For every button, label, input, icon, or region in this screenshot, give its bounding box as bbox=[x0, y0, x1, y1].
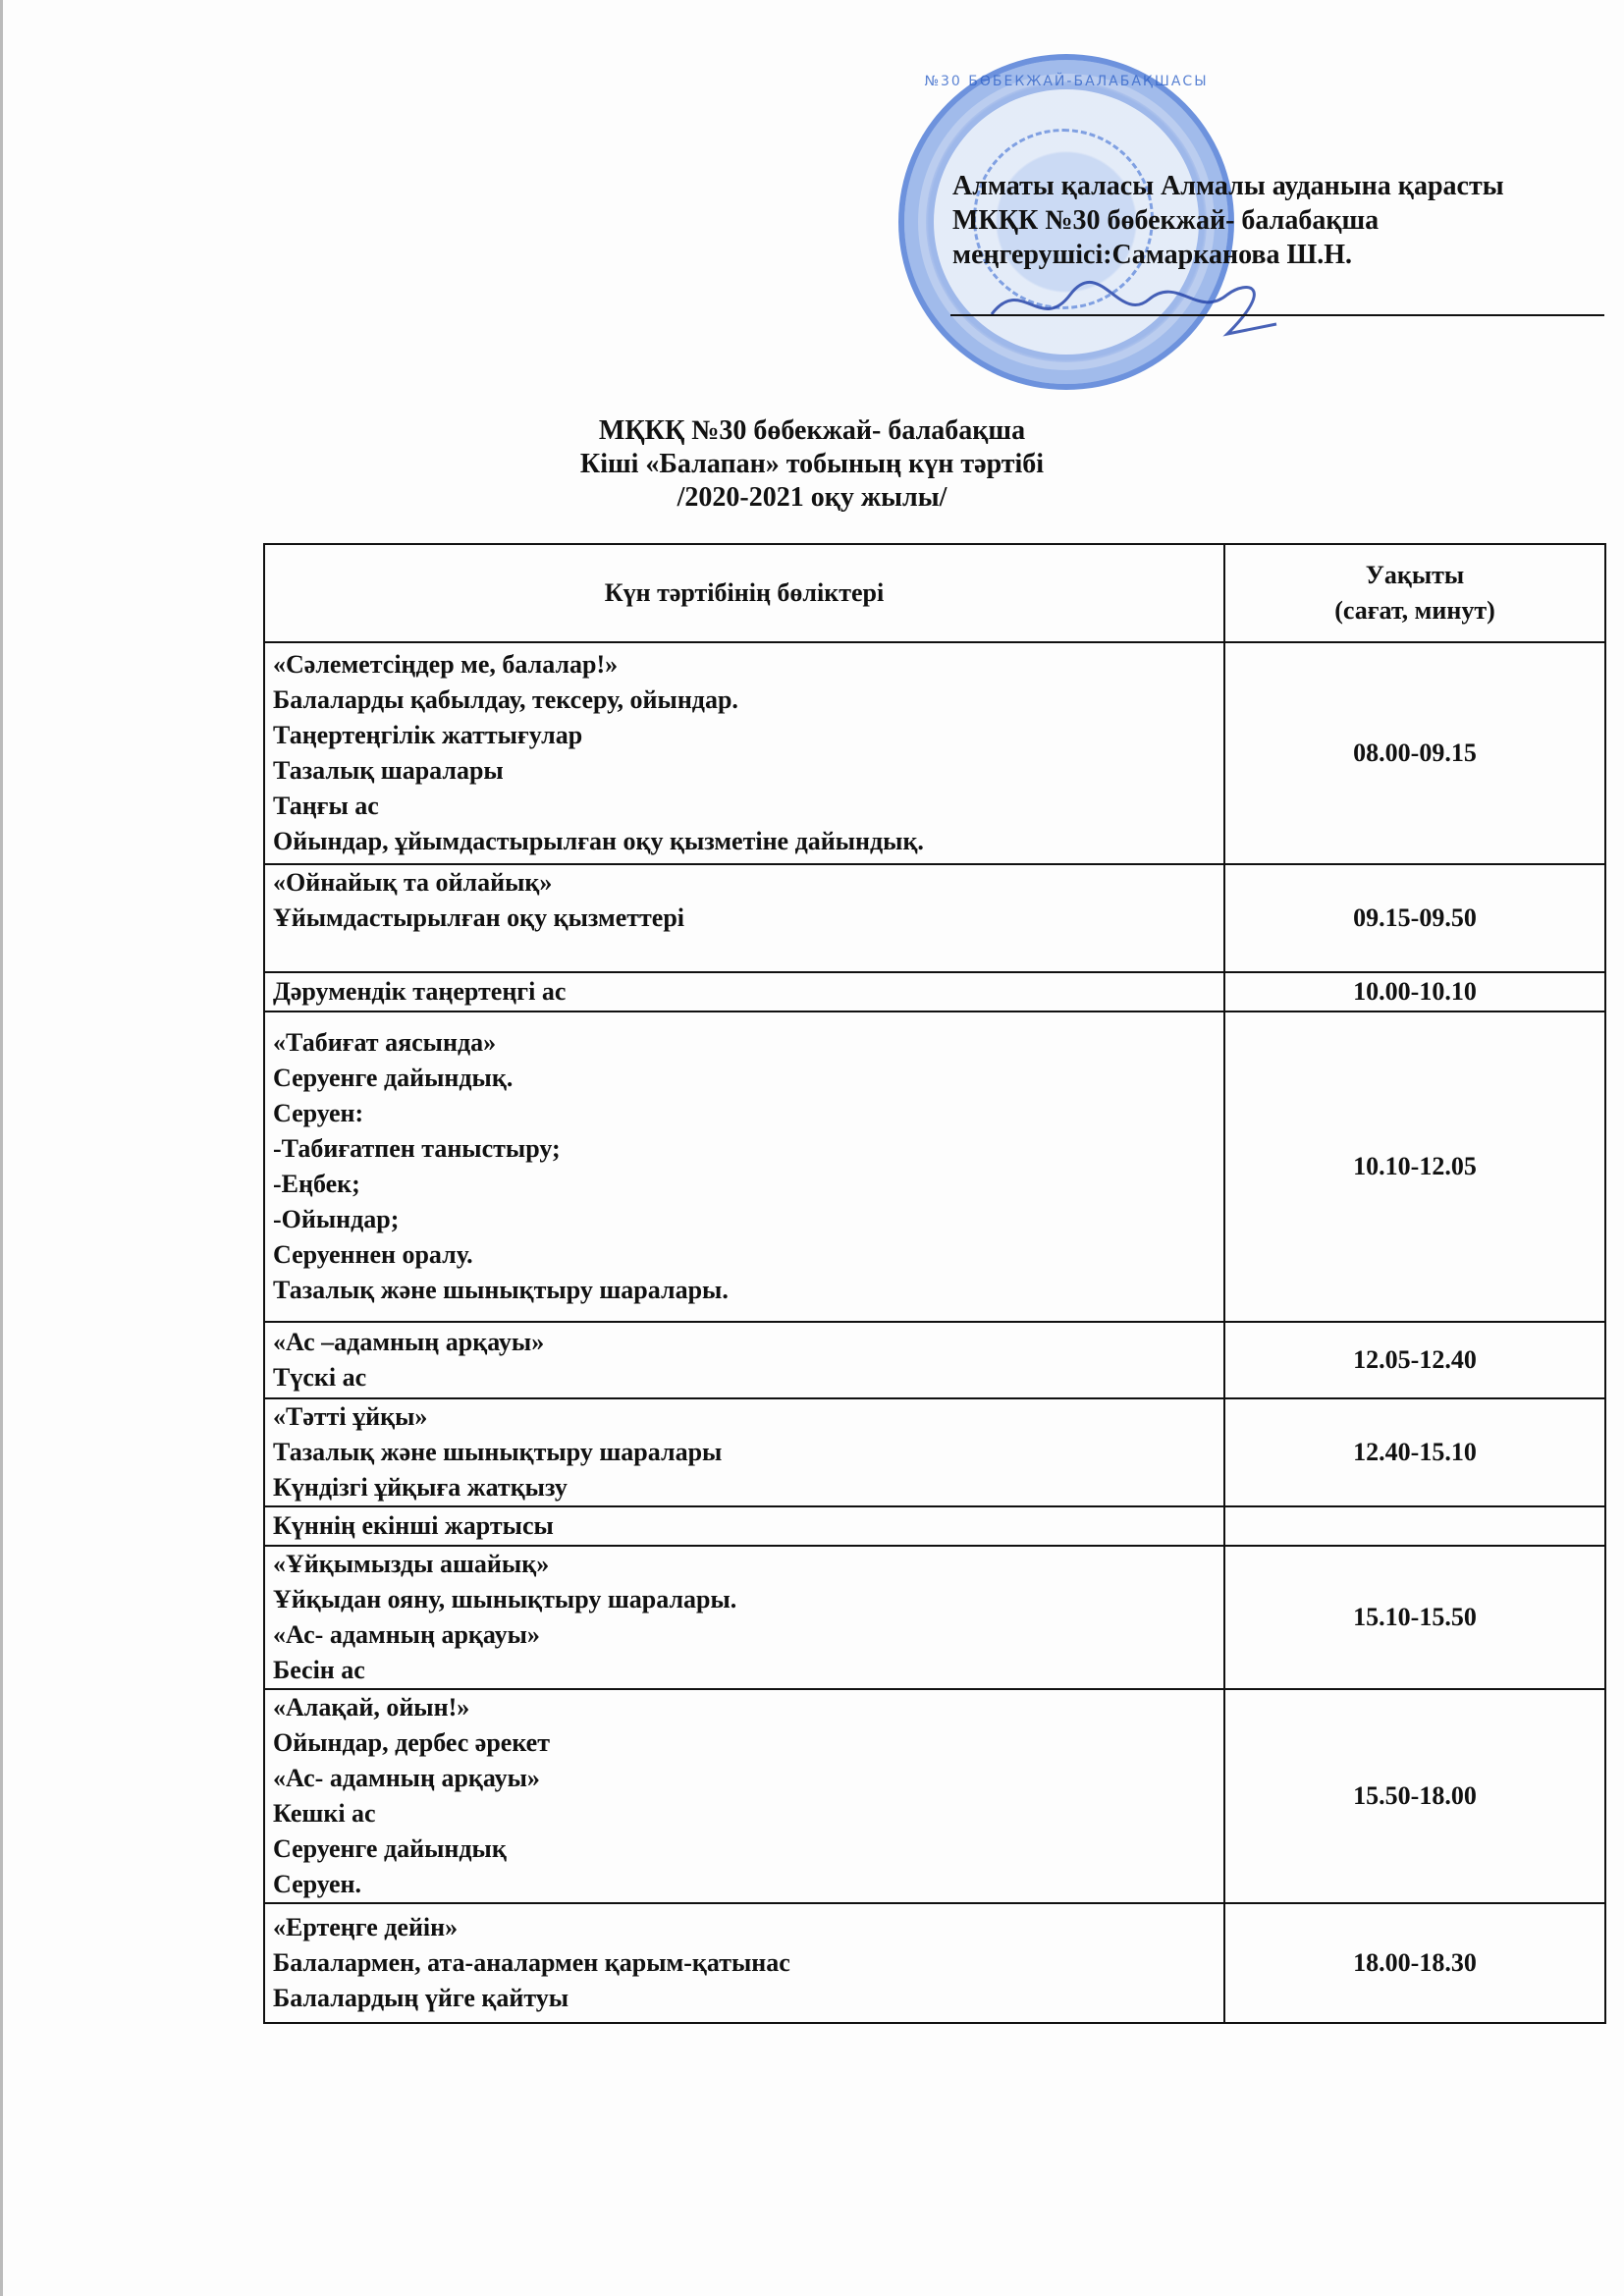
activity-line: Тазалық шаралары bbox=[273, 753, 1216, 789]
activity-line: Кешкі ас bbox=[273, 1796, 1216, 1831]
time-cell: 12.05-12.40 bbox=[1224, 1322, 1605, 1398]
time-cell: 09.15-09.50 bbox=[1224, 864, 1605, 972]
stamp-text: №30 БӨБЕКЖАЙ-БАЛАБАҚШАСЫ bbox=[904, 74, 1228, 89]
activity-line: Дәрумендік таңертеңгі ас bbox=[273, 974, 1216, 1010]
table-row: «Тәтті ұйқы»Тазалық және шынықтыру шарал… bbox=[264, 1398, 1605, 1506]
activity-line: Балалармен, ата-аналармен қарым-қатынас bbox=[273, 1945, 1216, 1981]
activity-line: Ұйымдастырылған оқу қызметтері bbox=[273, 901, 1216, 936]
activity-cell: «Ұйқымызды ашайық»Ұйқыдан ояну, шынықтыр… bbox=[264, 1546, 1224, 1689]
activity-line: «Ұйқымызды ашайық» bbox=[273, 1547, 1216, 1582]
table-header-row: Күн тәртібінің бөліктері Уақыты (сағат, … bbox=[264, 544, 1605, 642]
table-row: «Ертеңге дейін»Балалармен, ата-аналармен… bbox=[264, 1903, 1605, 2023]
time-cell: 12.40-15.10 bbox=[1224, 1398, 1605, 1506]
activity-line: Балалардың үйге қайтуы bbox=[273, 1981, 1216, 2016]
activity-line: Серуеннен оралу. bbox=[273, 1237, 1216, 1273]
activity-line: «Ас –адамның арқауы» bbox=[273, 1325, 1216, 1360]
signature-line bbox=[950, 314, 1604, 316]
activity-line: Серуен: bbox=[273, 1096, 1216, 1131]
table-row: Дәрумендік таңертеңгі ас10.00-10.10 bbox=[264, 972, 1605, 1011]
time-cell: 10.10-12.05 bbox=[1224, 1011, 1605, 1322]
header-time: Уақыты (сағат, минут) bbox=[1224, 544, 1605, 642]
activity-line: Тазалық және шынықтыру шаралары bbox=[273, 1435, 1216, 1470]
activity-line: Ойындар, ұйымдастырылған оқу қызметіне д… bbox=[273, 824, 1216, 859]
header-time-line1: Уақыты bbox=[1233, 558, 1597, 593]
time-cell bbox=[1224, 1506, 1605, 1546]
activity-line: Ойындар, дербес әрекет bbox=[273, 1725, 1216, 1761]
table-row: «Алақай, ойын!»Ойындар, дербес әрекет«Ас… bbox=[264, 1689, 1605, 1903]
activity-line: «Ас- адамның арқауы» bbox=[273, 1761, 1216, 1796]
time-cell: 15.50-18.00 bbox=[1224, 1689, 1605, 1903]
approval-line: МКҚК №30 бөбекжай- балабақша bbox=[952, 203, 1504, 238]
approval-line: Алматы қаласы Алмалы ауданына қарасты bbox=[952, 169, 1504, 203]
title-line-1: МҚКҚ №30 бөбекжай- балабақша bbox=[0, 414, 1624, 448]
header-parts: Күн тәртібінің бөліктері bbox=[264, 544, 1224, 642]
time-cell: 10.00-10.10 bbox=[1224, 972, 1605, 1011]
activity-line: Түскі ас bbox=[273, 1360, 1216, 1395]
activity-line: Серуенге дайындық. bbox=[273, 1061, 1216, 1096]
document-title: МҚКҚ №30 бөбекжай- балабақша Кіші «Балап… bbox=[0, 414, 1624, 515]
time-cell: 18.00-18.30 bbox=[1224, 1903, 1605, 2023]
activity-line: «Ертеңге дейін» bbox=[273, 1910, 1216, 1945]
activity-cell: «Тәтті ұйқы»Тазалық және шынықтыру шарал… bbox=[264, 1398, 1224, 1506]
activity-cell: «Ойнайық та ойлайық»Ұйымдастырылған оқу … bbox=[264, 864, 1224, 972]
table-row: «Ұйқымызды ашайық»Ұйқыдан ояну, шынықтыр… bbox=[264, 1546, 1605, 1689]
header-time-line2: (сағат, минут) bbox=[1233, 593, 1597, 629]
time-cell: 08.00-09.15 bbox=[1224, 642, 1605, 864]
table-row: «Сәлеметсіңдер ме, балалар!»Балаларды қа… bbox=[264, 642, 1605, 864]
time-cell: 15.10-15.50 bbox=[1224, 1546, 1605, 1689]
activity-line: «Ас- адамның арқауы» bbox=[273, 1617, 1216, 1653]
activity-line: -Еңбек; bbox=[273, 1167, 1216, 1202]
table-row: «Ойнайық та ойлайық»Ұйымдастырылған оқу … bbox=[264, 864, 1605, 972]
activity-line: «Ойнайық та ойлайық» bbox=[273, 865, 1216, 901]
activity-line: Серуенге дайындық bbox=[273, 1831, 1216, 1867]
activity-cell: «Табиғат аясында»Серуенге дайындық.Серуе… bbox=[264, 1011, 1224, 1322]
activity-line: Серуен. bbox=[273, 1867, 1216, 1902]
activity-cell: Дәрумендік таңертеңгі ас bbox=[264, 972, 1224, 1011]
activity-line: -Табиғатпен таныстыру; bbox=[273, 1131, 1216, 1167]
activity-line: Күндізгі ұйқыға жатқызу bbox=[273, 1470, 1216, 1505]
activity-cell: «Алақай, ойын!»Ойындар, дербес әрекет«Ас… bbox=[264, 1689, 1224, 1903]
schedule-table: Күн тәртібінің бөліктері Уақыты (сағат, … bbox=[263, 543, 1606, 2024]
approval-block: Алматы қаласы Алмалы ауданына қарасты МК… bbox=[952, 169, 1504, 272]
activity-line: Күннің екінші жартысы bbox=[273, 1508, 1216, 1544]
activity-line: Балаларды қабылдау, тексеру, ойындар. bbox=[273, 683, 1216, 718]
activity-line: Ұйқыдан ояну, шынықтыру шаралары. bbox=[273, 1582, 1216, 1617]
activity-line: Таңғы ас bbox=[273, 789, 1216, 824]
activity-line: «Сәлеметсіңдер ме, балалар!» bbox=[273, 647, 1216, 683]
activity-cell: «Сәлеметсіңдер ме, балалар!»Балаларды қа… bbox=[264, 642, 1224, 864]
activity-line: «Тәтті ұйқы» bbox=[273, 1399, 1216, 1435]
activity-line: -Ойындар; bbox=[273, 1202, 1216, 1237]
activity-line: «Табиғат аясында» bbox=[273, 1025, 1216, 1061]
activity-line bbox=[273, 936, 1216, 971]
activity-cell: «Ас –адамның арқауы»Түскі ас bbox=[264, 1322, 1224, 1398]
activity-line: Таңертеңгілік жаттығулар bbox=[273, 718, 1216, 753]
signature bbox=[982, 265, 1296, 344]
activity-cell: Күннің екінші жартысы bbox=[264, 1506, 1224, 1546]
activity-cell: «Ертеңге дейін»Балалармен, ата-аналармен… bbox=[264, 1903, 1224, 2023]
activity-line: «Алақай, ойын!» bbox=[273, 1690, 1216, 1725]
table-row: «Табиғат аясында»Серуенге дайындық.Серуе… bbox=[264, 1011, 1605, 1322]
approval-line: меңгерушісі:Самарканова Ш.Н. bbox=[952, 238, 1504, 272]
activity-line: Тазалық және шынықтыру шаралары. bbox=[273, 1273, 1216, 1308]
table-row: Күннің екінші жартысы bbox=[264, 1506, 1605, 1546]
title-line-2: Кіші «Балапан» тобының күн тәртібі bbox=[0, 448, 1624, 481]
activity-line: Бесін ас bbox=[273, 1653, 1216, 1688]
title-line-3: /2020-2021 оқу жылы/ bbox=[0, 481, 1624, 515]
page-edge bbox=[0, 0, 3, 2296]
table-row: «Ас –адамның арқауы»Түскі ас12.05-12.40 bbox=[264, 1322, 1605, 1398]
